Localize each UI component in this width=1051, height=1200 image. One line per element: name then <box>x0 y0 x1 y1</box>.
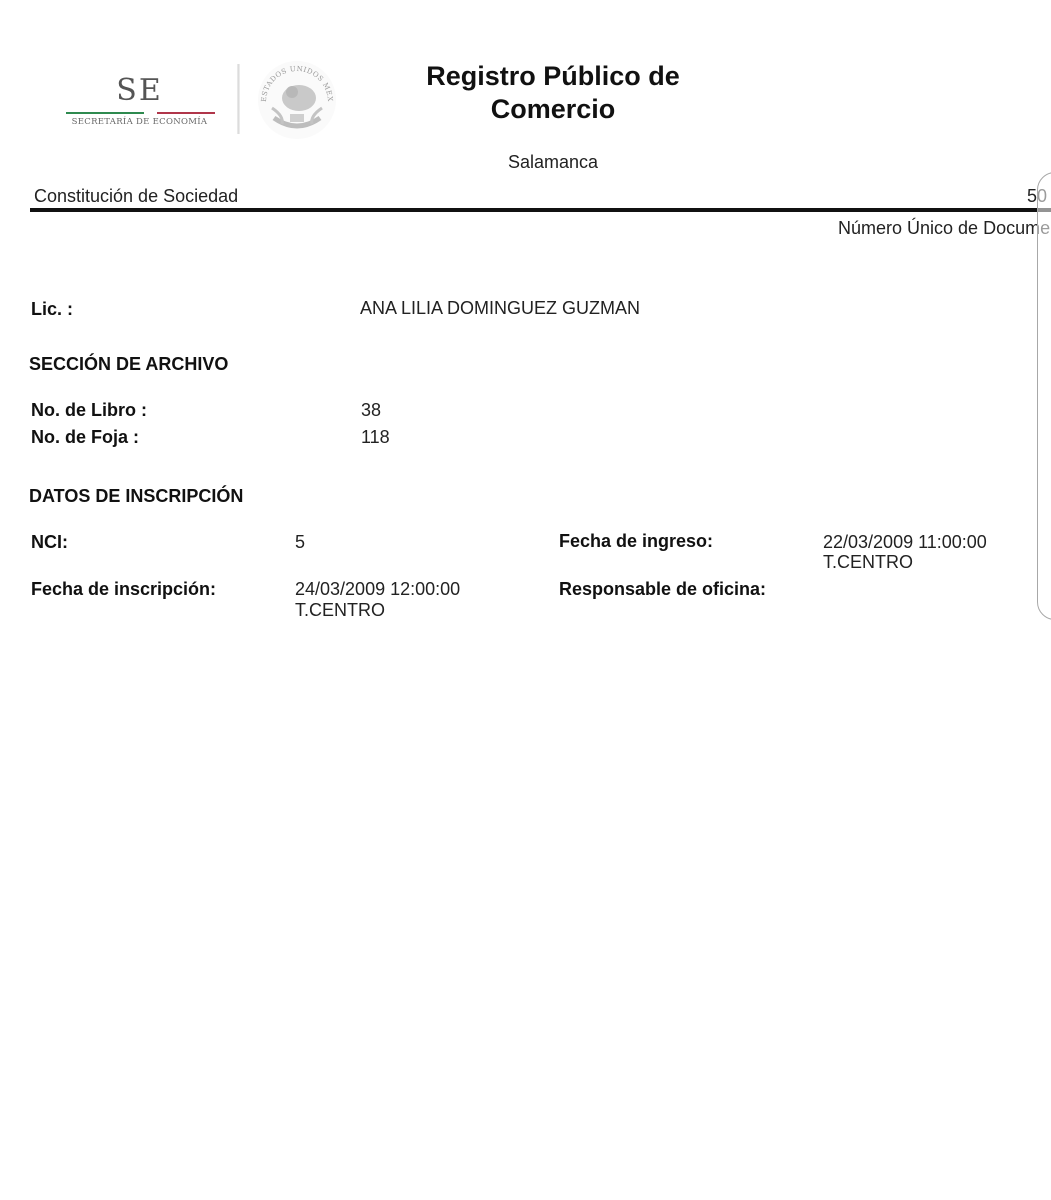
notary-label: Lic. : <box>31 299 73 320</box>
logo-divider <box>237 64 240 134</box>
location: Salamanca <box>400 152 706 173</box>
logo-green-line <box>66 112 144 114</box>
entry-date-timezone: T.CENTRO <box>823 552 913 572</box>
page-number-label: No. de Foja : <box>31 427 139 448</box>
office-manager-label: Responsable de oficina: <box>559 579 766 600</box>
logo-red-line <box>157 112 215 114</box>
nci-value: 5 <box>295 532 305 552</box>
registration-section-title: DATOS DE INSCRIPCIÓN <box>29 486 243 507</box>
book-number-value: 38 <box>361 400 381 420</box>
secretaria-economia-logo: SE SECRETARÍA DE ECONOMÍA <box>62 74 217 134</box>
header-divider <box>30 208 1051 212</box>
book-number-label: No. de Libro : <box>31 400 147 421</box>
page-title: Registro Público deComercio <box>400 60 706 126</box>
page-edge-handle[interactable] <box>1037 172 1051 620</box>
registration-date-value: 24/03/2009 12:00:00 <box>295 579 460 599</box>
entry-date-label: Fecha de ingreso: <box>559 531 713 552</box>
registration-date-label: Fecha de inscripción: <box>31 579 216 600</box>
document-number-label: Número Único de Docume <box>838 218 1050 239</box>
logo-subtitle: SECRETARÍA DE ECONOMÍA <box>62 117 217 127</box>
notary-value: ANA LILIA DOMINGUEZ GUZMAN <box>360 298 640 318</box>
nci-label: NCI: <box>31 532 68 553</box>
archive-section-title: SECCIÓN DE ARCHIVO <box>29 354 228 375</box>
mexican-coat-of-arms-seal-icon: ESTADOS UNIDOS MEXICANOS <box>254 56 340 142</box>
logo-letters: SE <box>62 74 217 108</box>
registration-date-timezone: T.CENTRO <box>295 600 385 620</box>
page-number-value: 118 <box>361 427 390 447</box>
entry-date-value: 22/03/2009 11:00:00 <box>823 532 987 552</box>
document-type: Constitución de Sociedad <box>34 186 238 207</box>
